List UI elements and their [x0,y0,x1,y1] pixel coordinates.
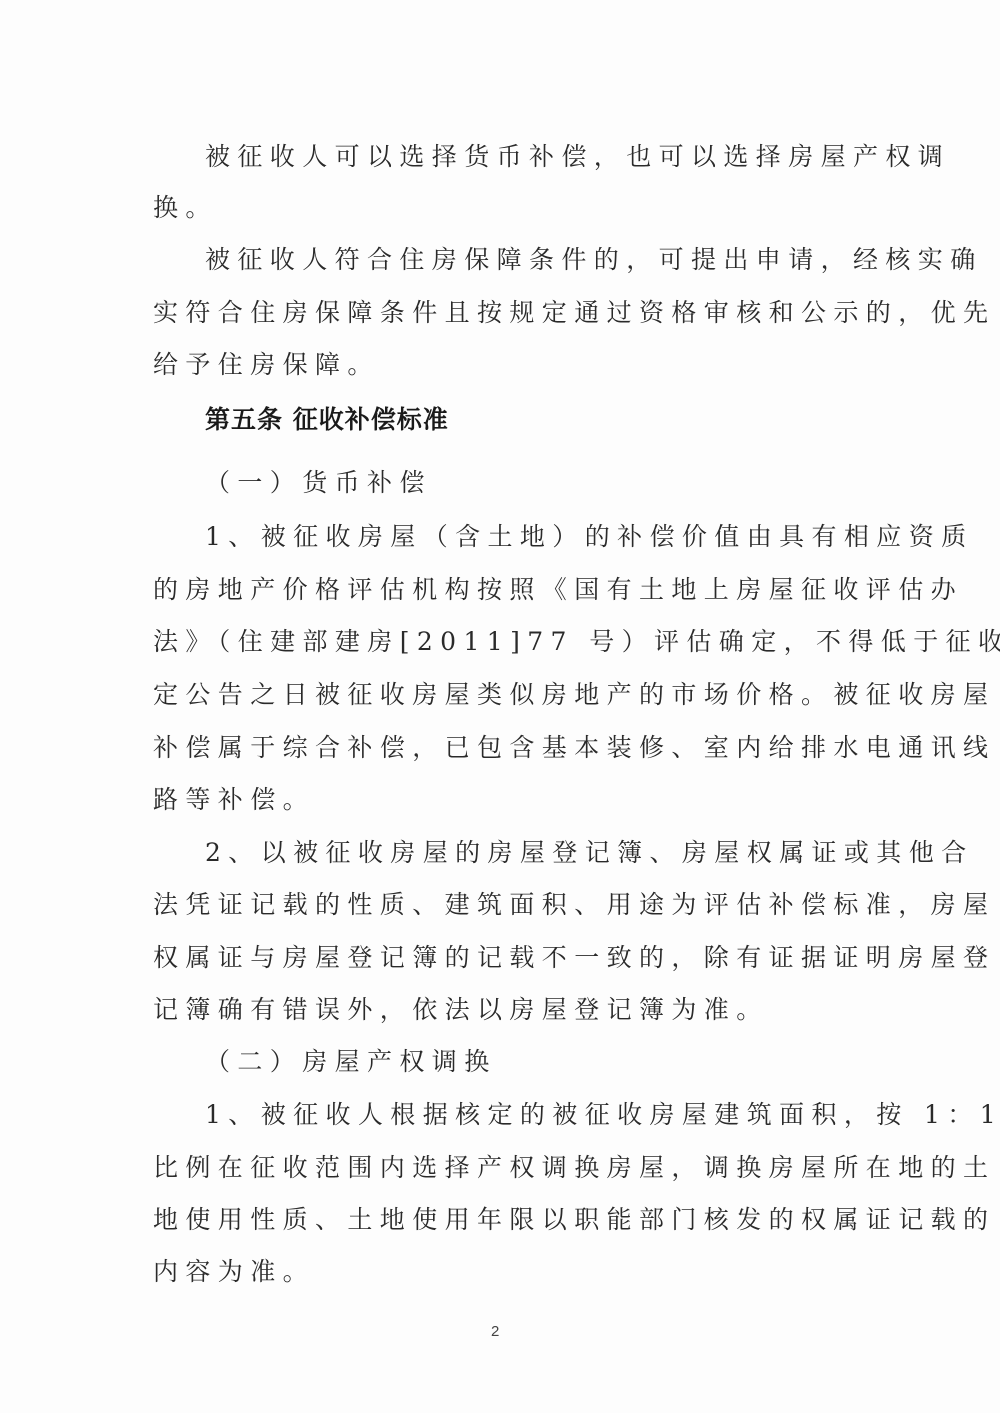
paragraph-line: 定公告之日被征收房屋类似房地产的市场价格。被征收房屋 [153,680,853,710]
document-page: 被征收人可以选择货币补偿，也可以选择房屋产权调 换。 被征收人符合住房保障条件的… [0,0,1000,1413]
paragraph-line: 内容为准。 [153,1257,853,1287]
paragraph-line: 被征收人可以选择货币补偿，也可以选择房屋产权调 [205,142,905,172]
paragraph-line: 的房地产价格评估机构按照《国有土地上房屋征收评估办 [153,575,853,605]
paragraph-line: 给予住房保障。 [153,350,853,380]
paragraph-line: 被征收人符合住房保障条件的，可提出申请，经核实确 [205,245,905,275]
paragraph-line: 路等补偿。 [153,785,853,815]
paragraph-line: 比例在征收范围内选择产权调换房屋，调换房屋所在地的土 [153,1153,853,1183]
paragraph-line: 换。 [153,193,853,223]
paragraph-line: 权属证与房屋登记簿的记载不一致的，除有证据证明房屋登 [153,943,853,973]
paragraph-line: 1、被征收人根据核定的被征收房屋建筑面积，按 1：1 [205,1100,905,1130]
paragraph-line: 实符合住房保障条件且按规定通过资格审核和公示的，优先 [153,298,853,328]
article-heading: 第五条 征收补偿标准 [205,405,905,435]
paragraph-line: 法凭证记载的性质、建筑面积、用途为评估补偿标准，房屋 [153,890,853,920]
paragraph-line: 补偿属于综合补偿，已包含基本装修、室内给排水电通讯线 [153,733,853,763]
paragraph-line: 1、被征收房屋（含土地）的补偿价值由具有相应资质 [205,522,905,552]
page-number: 2 [491,1323,499,1340]
paragraph-line: 2、以被征收房屋的房屋登记簿、房屋权属证或其他合 [205,838,905,868]
paragraph-line: 地使用性质、土地使用年限以职能部门核发的权属证记载的 [153,1205,853,1235]
section-heading: （二）房屋产权调换 [205,1047,905,1077]
paragraph-line: 法》（住建部建房[2011]77 号）评估确定，不得低于征收决 [153,627,853,657]
paragraph-line: 记簿确有错误外，依法以房屋登记簿为准。 [153,995,853,1025]
section-heading: （一）货币补偿 [205,468,905,498]
